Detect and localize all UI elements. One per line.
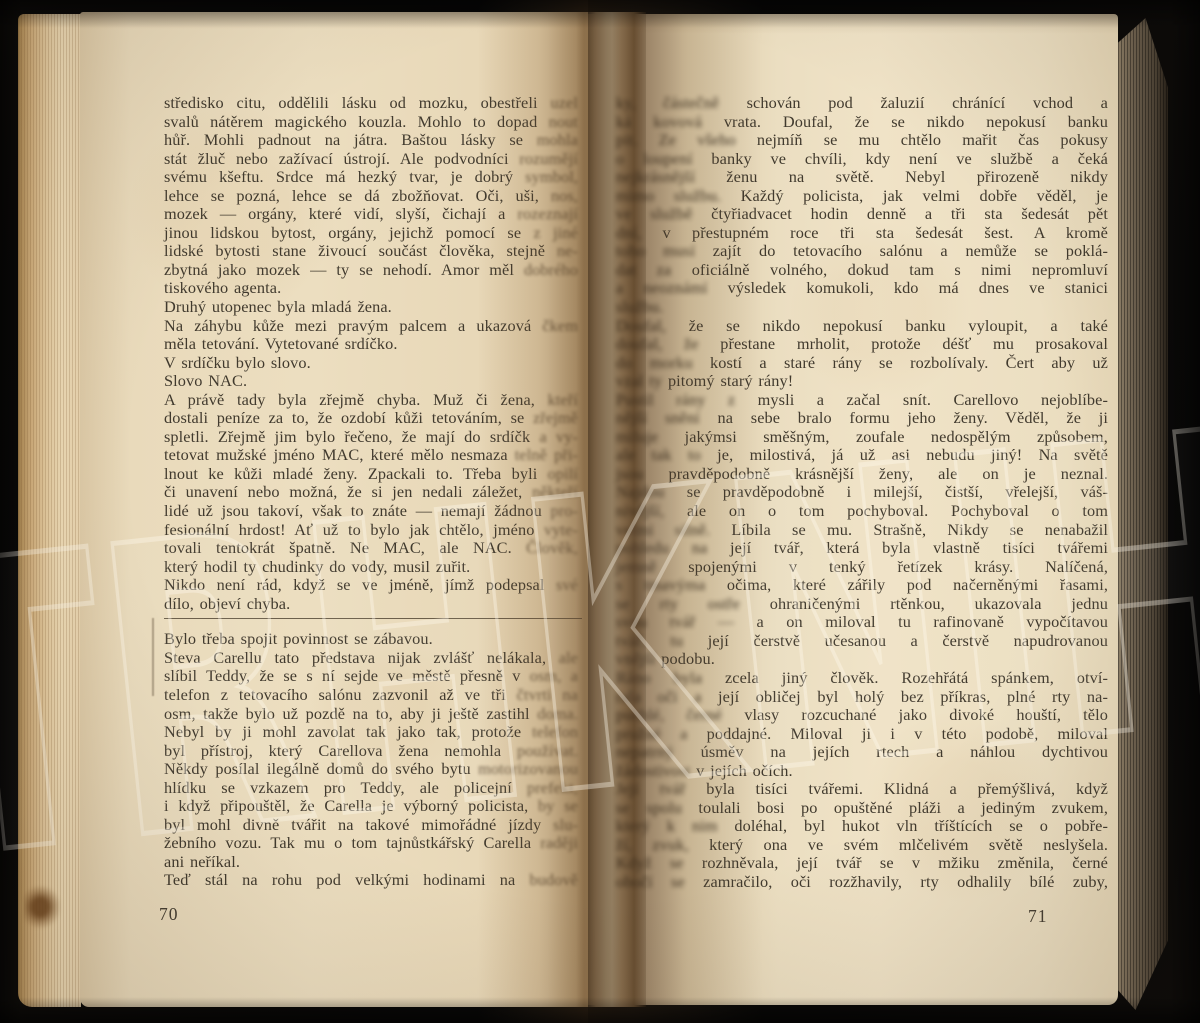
text-line: svou tvář — a on miloval tu rafinovaně v… (616, 613, 1108, 632)
text-line: a neoznámí výsledek komukoli, kdo má dne… (616, 279, 1108, 298)
text-line: lidé už jsou takoví, však to znáte — nem… (164, 502, 578, 521)
blurred-text-fragment: Její tvář (616, 779, 686, 798)
text-line: ve službě čtyřiadvacet hodin denně a tři… (616, 205, 1108, 224)
blurred-text-fragment: jsou (616, 464, 644, 483)
blurred-text-fragment: ká kovová (616, 112, 702, 131)
text-line: jinou lidskou bytost, orgány, jejichž po… (164, 224, 578, 243)
blurred-text-fragment: ale (559, 648, 578, 667)
text-line: lnout ke kůži mladé ženy. Zpackali to. T… (164, 465, 578, 484)
text-line: Druhý utopenec byla mladá žena. (164, 298, 578, 317)
blurred-text-fragment: budově (529, 870, 578, 889)
fore-edge-stain (24, 886, 60, 928)
text-line: který hodil ty chudinky do vody, musil z… (164, 558, 578, 577)
blurred-text-fragment: kteří (548, 390, 578, 409)
text-line: obočí se zamračilo, oči rozžhavily, rty … (616, 873, 1108, 892)
page-number-left: 70 (159, 904, 179, 925)
book-photo: středisko citu, oddělili lásku od mozku,… (0, 0, 1200, 1023)
text-line: Slovo NAC. (164, 372, 578, 391)
blurred-text-fragment: nos, (551, 186, 578, 205)
blurred-text-fragment: žádostivost (616, 761, 690, 780)
text-line: jsou pravděpodobně krásnější ženy, ale o… (616, 465, 1108, 484)
text-line: středisko citu, oddělili lásku od mozku,… (164, 94, 578, 113)
blurred-text-fragment: pit. Ze všeho (616, 130, 736, 149)
text-line: do morku kostí a staré rány se rozbolíva… (616, 354, 1108, 373)
blurred-text-fragment: nejkrásnější (616, 167, 695, 186)
text-line: telefon z tetovacího salónu zazvonil až … (164, 686, 578, 705)
blurred-text-fragment: dobrého (524, 260, 578, 279)
blurred-text-fragment: své (556, 575, 578, 594)
text-line: službu. (616, 298, 1108, 317)
text-line: tovali tentokrát špatně. Ne MAC, ale NAC… (164, 539, 578, 558)
text-line: Pustil rány z mysli a začal snít. Carell… (616, 391, 1108, 410)
text-line: žádostivost v jejích očích. (616, 762, 1108, 781)
text-line: hlídku se vzkazem pro Teddy, ale policej… (164, 779, 578, 798)
blurred-text-fragment: který k nim (616, 816, 718, 835)
blurred-text-fragment: mohla (537, 130, 578, 149)
text-line: fesionální hrdost! Ať už to bylo jak cht… (164, 521, 578, 540)
text-line: stát žluč nebo zažívací ústrojí. Ale pod… (164, 150, 578, 169)
blurred-text-fragment: čkem (542, 316, 578, 335)
text-line: Někdy posílal ilegálně domů do svého byt… (164, 760, 578, 779)
blurred-text-fragment: velmi silně. (616, 520, 710, 539)
blurred-text-fragment: uzel (550, 93, 578, 112)
text-line: Ráno byla zcela jiný člověk. Rozehřátá s… (616, 669, 1108, 688)
text-line: toho musí zajít do tetovacího salónu a n… (616, 242, 1108, 261)
blurred-text-fragment: o loupení (616, 149, 693, 168)
text-line: žebního vozu. Tak mu o tom tajnůstkářský… (164, 834, 578, 853)
text-line: ky, částečně schován pod žaluzií chráníc… (616, 94, 1108, 113)
text-line: lidské bytosti stane živoucí součást člo… (164, 242, 578, 261)
text-line: pohledu na její tvář, která byla vlastně… (616, 539, 1108, 558)
text-line: nivější, ale on o tom pochyboval. Pochyb… (616, 502, 1108, 521)
blurred-text-fragment: rozumějí (519, 149, 578, 168)
blurred-text-fragment: osm, a (530, 666, 578, 685)
blurred-text-fragment: pružné a (616, 724, 687, 743)
blurred-text-fragment: vnější (616, 649, 656, 668)
blurred-text-fragment: slu- (553, 815, 578, 834)
blurred-text-fragment: čtvrti na (517, 685, 578, 704)
text-line: miluje jakýmsi směšným, zoufale nedospěl… (616, 428, 1108, 447)
text-line: tvář, tu její čerstvě učesanou a čerstvě… (616, 632, 1108, 651)
blurred-text-fragment: službu. (616, 297, 663, 316)
blurred-text-fragment: symbol, (525, 167, 578, 186)
text-line: byl mohl divně tvářit na takové mimořádn… (164, 816, 578, 835)
blurred-text-fragment: vzal ty (616, 371, 662, 390)
blurred-text-fragment: dní, (616, 223, 641, 242)
blurred-text-fragment: z jiné (534, 223, 578, 242)
text-line: nepatrný úsměv na jejích rtech a náhlou … (616, 743, 1108, 762)
blurred-text-fragment: Pustil rány z (616, 390, 735, 409)
text-line: nejkrásnější ženu na světě. Nebyl přiroz… (616, 168, 1108, 187)
text-line: tiskového agenta. (164, 279, 578, 298)
blurred-text-fragment: ží, zvuk, (616, 835, 689, 854)
blurred-text-fragment: Ráno byla (616, 668, 702, 687)
text-line: s tmavýma očima, které zářily pod načern… (616, 576, 1108, 595)
text-line: mimo službu. Každý policista, jak velmi … (616, 187, 1108, 206)
blurred-text-fragment: ale tak to (616, 445, 701, 464)
text-line: se spolu toulali bosi po opuštěné pláži … (616, 799, 1108, 818)
text-line: doufal, že přestane mrholit, protože déš… (616, 335, 1108, 354)
blurred-text-fragment: zřejmě (533, 408, 578, 427)
blurred-text-fragment: ky, částečně (616, 93, 719, 112)
blurred-text-fragment: vyte- (544, 520, 578, 539)
text-line: o loupení banky ve chvíli, kdy není ve s… (616, 150, 1108, 169)
blurred-text-fragment: telefon (532, 722, 578, 741)
text-line: Nikdo není rád, když se ve jméně, jímž p… (164, 576, 578, 595)
text-line: byl přístroj, který Carellova žena nemoh… (164, 742, 578, 761)
text-line: tetovat mužské jméno MAC, které mělo nes… (164, 446, 578, 465)
blurred-text-fragment: jemně (616, 557, 656, 576)
blurred-text-fragment: a vy- (539, 427, 578, 446)
blurred-text-fragment: Člověk, (526, 538, 578, 557)
blurred-text-fragment: Když se (616, 853, 684, 872)
blurred-text-fragment: pohledu na (616, 538, 707, 557)
text-line: zbytná jako mozek — ty se nehodí. Amor m… (164, 261, 578, 280)
text-line: Najdou se pravděpodobně i milejší, čistš… (616, 483, 1108, 502)
blurred-text-fragment: motorizovanou (478, 759, 578, 778)
right-page-edge-stack (1118, 18, 1168, 1010)
text-line: pit. Ze všeho nejmíň se mu chtělo mařit … (616, 131, 1108, 150)
text-line: ale tak to je, milostivá, já už asi nebu… (616, 446, 1108, 465)
text-line: dílo, objeví chyba. (164, 595, 578, 614)
text-line: dní, v přestupném roce tři sta šedesát š… (616, 224, 1108, 243)
text-line: spletli. Zřejmě jim bylo řečeno, že mají… (164, 428, 578, 447)
text-line: Nebyl by ji mohl zavolat tak jako tak, p… (164, 723, 578, 742)
text-line: či unavení nebo možná, že si jen nedali … (164, 483, 578, 502)
text-line: dostali peníze za to, že ozdobí kůži tet… (164, 409, 578, 428)
text-line: Teď stál na rohu pod velkými hodinami na… (164, 871, 578, 890)
blurred-text-fragment: s tmavýma (616, 575, 705, 594)
blurred-text-fragment: pro- (550, 501, 578, 520)
text-line: Doufal, že se nikdo nepokusí banku vylou… (616, 317, 1108, 336)
blurred-text-fragment: a neoznámí (616, 278, 708, 297)
text-line: jemně spojenými v tenký řetízek krásy. N… (616, 558, 1108, 577)
text-line: Steva Carellu tato představa nijak zvláš… (164, 649, 578, 668)
blurred-text-fragment: se rty ostře (616, 594, 740, 613)
text-line: Když se rozhněvala, její tvář se v mžiku… (616, 854, 1108, 873)
blurred-text-fragment: by se (538, 796, 578, 815)
text-line: i když připouštěl, že Carella je výborný… (164, 797, 578, 816)
text-line: puchlé, černé vlasy rozcuchané jako divo… (616, 706, 1108, 725)
text-line: dat za oficiálně volného, dokud tam s ni… (616, 261, 1108, 280)
blurred-text-fragment: nivější, (616, 501, 664, 520)
blurred-text-fragment: telně při- (515, 445, 578, 464)
blurred-text-fragment: obočí se (616, 872, 685, 891)
text-line: ani neříkal. (164, 853, 578, 872)
blurred-text-fragment: toho musí (616, 241, 695, 260)
blurred-text-fragment: rala oči a (616, 687, 701, 706)
text-line: nější snění na sebe bralo formu jeho žen… (616, 409, 1108, 428)
text-line: ží, zvuk, který ona ve svém mlčelivém sv… (616, 836, 1108, 855)
text-line: velmi silně. Líbila se mu. Strašně, Nikd… (616, 521, 1108, 540)
blurred-text-fragment: někteří (532, 482, 578, 501)
blurred-text-fragment: rozeznají (517, 204, 578, 223)
blurred-text-fragment: nepatrný (616, 742, 674, 761)
text-line: se rty ostře ohraničenými rtěnkou, ukazo… (616, 595, 1108, 614)
text-line: slíbil Teddy, že se s ní sejde ve městě … (164, 667, 578, 686)
text-line: Její tvář byla tisíci tvářemi. Klidná a … (616, 780, 1108, 799)
text-line: hůř. Mohli padnout na játra. Baštou lásk… (164, 131, 578, 150)
text-line: ká kovová vrata. Doufal, že se nikdo nep… (616, 113, 1108, 132)
blurred-text-fragment: mimo službu. (616, 186, 721, 205)
text-line: pružné a poddajné. Miloval ji i v této p… (616, 725, 1108, 744)
blurred-text-fragment: prefekt, (527, 778, 578, 797)
text-line: osm, takže bylo už pozdě na to, aby ji j… (164, 705, 578, 724)
text-line: lehce se pozná, lehce se dá zbožňovat. O… (164, 187, 578, 206)
blurred-text-fragment: ve službě (616, 204, 692, 223)
text-line: rala oči a její obličej byl holý bez pří… (616, 688, 1108, 707)
blurred-text-fragment: opilí (548, 464, 578, 483)
blurred-text-fragment: doufal, že (616, 334, 699, 353)
blurred-text-fragment: tvář, tu (616, 631, 683, 650)
text-line: měla tetování. Vytetované srdíčko. (164, 335, 578, 354)
blurred-text-fragment: používat. (517, 741, 578, 760)
blurred-text-fragment: svou tvář — (616, 612, 734, 631)
blurred-text-fragment: ne- (557, 241, 578, 260)
text-line: svému kšeftu. Srdce má hezký tvar, je do… (164, 168, 578, 187)
blurred-text-fragment: raději (540, 833, 578, 852)
text-line: V srdíčku bylo slovo. (164, 354, 578, 373)
blurred-text-fragment: miluje (616, 427, 658, 446)
blurred-text-fragment: nější snění (616, 408, 700, 427)
blurred-text-fragment: se spolu (616, 798, 682, 817)
blurred-text-fragment: puchlé, černé (616, 705, 722, 724)
blurred-text-fragment: Najdou (616, 482, 665, 501)
blurred-text-fragment: nout (549, 112, 578, 131)
text-line: mozek — orgány, které vidí, slyší, čicha… (164, 205, 578, 224)
text-line: svalů nátěrem magického kouzla. Mohlo to… (164, 113, 578, 132)
text-line: Bylo třeba spojit povinnost se zábavou. (164, 630, 578, 649)
left-page-text: středisko citu, oddělili lásku od mozku,… (164, 94, 578, 890)
blurred-text-fragment: dat za (616, 260, 671, 279)
page-crease (152, 618, 154, 696)
text-line: vzal ty pitomý starý rány! (616, 372, 1108, 391)
blurred-text-fragment: do morku (616, 353, 693, 372)
left-page-fore-edge (18, 14, 81, 1007)
right-page-text: ky, částečně schován pod žaluzií chráníc… (616, 94, 1108, 892)
text-line: který k nim doléhal, byl hukot vln tříšt… (616, 817, 1108, 836)
text-line: A právě tady byla zřejmě chyba. Muž či ž… (164, 391, 578, 410)
page-number-right: 71 (1028, 906, 1048, 927)
blurred-text-fragment: doma. (537, 704, 578, 723)
text-line: Na záhybu kůže mezi pravým palcem a ukaz… (164, 317, 578, 336)
text-line: vnější podobu. (616, 650, 1108, 669)
blurred-text-fragment: Doufal, (616, 316, 666, 335)
